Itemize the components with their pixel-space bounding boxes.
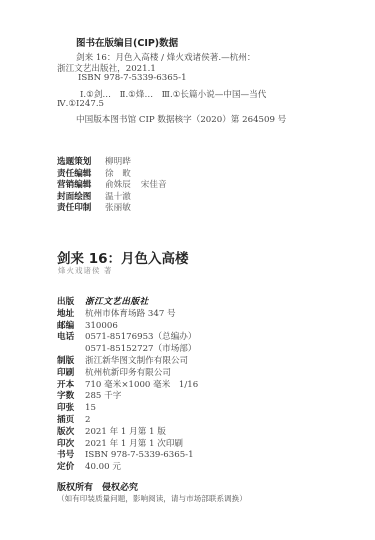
pub-row-printing: 印次2021 年 1 月第 1 次印刷	[57, 439, 198, 451]
pub-row-publisher: 出版浙江文艺出版社	[57, 297, 198, 309]
credit-row: 责任编辑徐 畋	[57, 169, 167, 181]
pub-label: 书号	[57, 450, 85, 462]
pub-value: 15	[85, 403, 96, 413]
cip-isbn-line: ISBN 978-7-5339-6365-1	[78, 73, 187, 83]
credit-value: 温十澈	[105, 192, 131, 202]
credits-list: 选题策划柳明晔 责任编辑徐 畋 营销编辑俞姝辰宋佳音 封面绘图温十澈 责任印制张…	[57, 157, 167, 215]
credit-label: 封面绘图	[57, 192, 105, 204]
credit-label: 营销编辑	[57, 180, 105, 192]
pub-value: 40.00 元	[85, 462, 121, 472]
pub-row-isbn: 书号ISBN 978-7-5339-6365-1	[57, 450, 198, 462]
pub-row-printer: 印刷杭州杭新印务有限公司	[57, 368, 198, 380]
pub-row-phone: 电话0571-85176953（总编办）	[57, 332, 198, 344]
pub-row-typesetting: 制版浙江新华图文制作有限公司	[57, 356, 198, 368]
credit-row: 责任印制张丽敏	[57, 203, 167, 215]
pub-label: 字数	[57, 391, 85, 403]
pub-value: ISBN 978-7-5339-6365-1	[85, 450, 194, 460]
pub-label: 电话	[57, 332, 85, 344]
pub-value: 杭州杭新印务有限公司	[85, 368, 171, 378]
pub-label: 版次	[57, 427, 85, 439]
pub-value: 2021 年 1 月第 1 次印刷	[85, 439, 183, 449]
pub-row-address: 地址杭州市体育场路 347 号	[57, 309, 198, 321]
pub-value: 杭州市体育场路 347 号	[85, 309, 176, 319]
credit-label: 责任编辑	[57, 169, 105, 181]
pub-label: 印次	[57, 439, 85, 451]
book-author: 烽火戏诸侯 著	[58, 265, 112, 276]
pub-row-price: 定价40.00 元	[57, 462, 198, 474]
pub-value: 0571-85176953（总编办）	[85, 332, 196, 342]
publisher-logo: 浙江文艺出版社	[85, 297, 149, 307]
credit-label: 责任印制	[57, 203, 105, 215]
pub-value: 2021 年 1 月第 1 版	[85, 427, 166, 437]
pub-label: 印刷	[57, 368, 85, 380]
credit-value: 俞姝辰	[105, 180, 131, 190]
cip-heading: 图书在版编目(CIP)数据	[76, 35, 178, 49]
pub-row-phone-2: 0571-85152727（市场部）	[57, 344, 198, 356]
pub-value: 710 毫米×1000 毫米 1/16	[85, 380, 198, 390]
pub-value: 浙江新华图文制作有限公司	[85, 356, 188, 366]
cip-classification-number: Ⅳ.①I247.5	[57, 99, 104, 109]
pub-label: 制版	[57, 356, 85, 368]
pub-row-postcode: 邮编310006	[57, 321, 198, 333]
pub-label: 邮编	[57, 321, 85, 333]
book-title: 剑来 16：月色入高楼	[57, 247, 189, 267]
copyright-notice: 版权所有 侵权必究	[57, 480, 138, 493]
pub-row-sheets: 印张15	[57, 403, 198, 415]
pub-value: 2	[85, 415, 90, 425]
pub-row-edition: 版次2021 年 1 月第 1 版	[57, 427, 198, 439]
credit-value: 徐 畋	[105, 169, 131, 179]
credit-row: 营销编辑俞姝辰宋佳音	[57, 180, 167, 192]
pub-row-inserts: 插页2	[57, 415, 198, 427]
pub-label: 出版	[57, 297, 85, 309]
credit-value: 柳明晔	[105, 157, 131, 167]
credit-value: 张丽敏	[105, 203, 131, 213]
pub-value: 0571-85152727（市场部）	[85, 344, 196, 354]
pub-value: 310006	[85, 321, 118, 331]
pub-value: 285 千字	[85, 391, 121, 401]
pub-label: 定价	[57, 462, 85, 474]
pub-row-word-count: 字数285 千字	[57, 391, 198, 403]
quality-note: （如有印装质量问题，影响阅读，请与市场部联系调换）	[57, 493, 247, 504]
cip-verification-line: 中国版本图书馆 CIP 数据核字（2020）第 264509 号	[76, 113, 286, 125]
pub-label: 地址	[57, 309, 85, 321]
credit-row: 选题策划柳明晔	[57, 157, 167, 169]
pub-label: 插页	[57, 415, 85, 427]
credit-label: 选题策划	[57, 157, 105, 169]
credit-value-secondary: 宋佳音	[141, 180, 167, 190]
credit-row: 封面绘图温十澈	[57, 192, 167, 204]
pub-row-format: 开本710 毫米×1000 毫米 1/16	[57, 380, 198, 392]
pub-label: 印张	[57, 403, 85, 415]
pub-label: 开本	[57, 380, 85, 392]
cip-classification-line: Ⅰ.①剑… Ⅱ.①烽… Ⅲ.①长篇小说—中国—当代	[80, 88, 266, 100]
publication-info: 出版浙江文艺出版社 地址杭州市体育场路 347 号 邮编310006 电话057…	[57, 297, 198, 474]
